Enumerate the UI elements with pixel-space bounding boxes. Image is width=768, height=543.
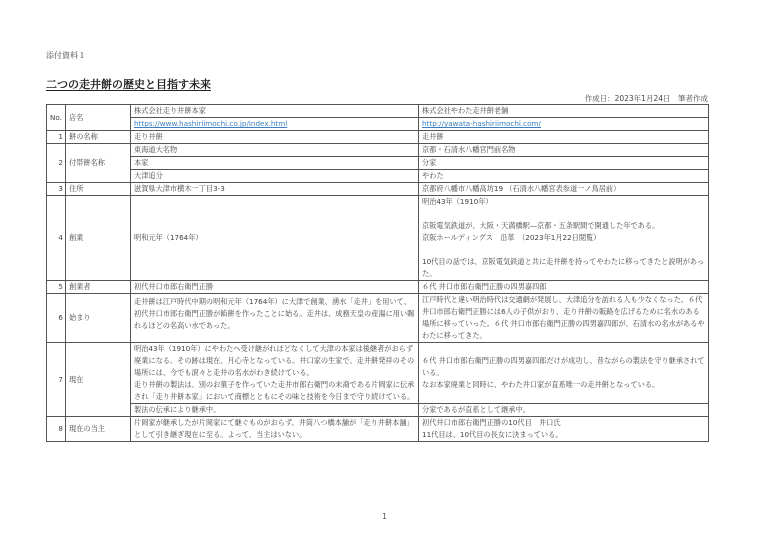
shop-b-cell: ６代 井口市郎右衛門正勝の四男嘉四郎 — [419, 281, 709, 294]
table-row: 2 付帯餅名称 東海道大名物 京都・石清水八幡宮門前名物 — [47, 144, 709, 157]
cell-line: ６代 井口市郎右衛門正勝の四男嘉四郎だけが成功し、昔ながらの製法を守り継承されて… — [422, 355, 705, 379]
row-number: 6 — [47, 294, 66, 343]
shop-b-cell: 走井餅 — [419, 131, 709, 144]
shop-b-name: 株式会社やわた走井餅老舗 — [419, 105, 709, 118]
page-number: 1 — [382, 512, 387, 521]
cell-line: 10代目の話では、京阪電気鉄道と共に走井餅を持ってやわたに移ってきたと説明があっ… — [422, 256, 705, 280]
row-label: 始まり — [66, 294, 131, 343]
cell-line: 初代井口市郎右衛門正勝の10代目 井口氏 — [422, 417, 705, 429]
cell-line: 11代目は、10代目の長女に決まっている。 — [422, 429, 705, 441]
row-number: 7 — [47, 343, 66, 417]
comparison-table: No. 店名 株式会社走り井餅本家 株式会社やわた走井餅老舗 https://w… — [46, 104, 709, 442]
shop-a-cell: 製法の伝承により継承中。 — [131, 404, 419, 417]
cell-line: 明治43年（1910年） — [422, 196, 705, 208]
shop-a-url-link[interactable]: https://www.hashiriimochi.co.jp/index.ht… — [134, 119, 287, 128]
row-number: 8 — [47, 417, 66, 442]
shop-b-cell: 明治43年（1910年） 京阪電気鉄道が、大阪・天満橋駅―京都・五条駅間で開通し… — [419, 196, 709, 281]
shop-a-cell: 本家 — [131, 157, 419, 170]
header-no: No. — [47, 105, 66, 131]
row-label: 住所 — [66, 183, 131, 196]
shop-b-cell: 初代井口市郎右衛門正勝の10代目 井口氏 11代目は、10代目の長女に決まってい… — [419, 417, 709, 442]
row-number: 1 — [47, 131, 66, 144]
cell-line: 走り井餅の製法は、別のお菓子を作っていた走井市郎右衛門の末裔である片岡家に伝承さ… — [134, 379, 415, 403]
shop-a-cell: 明治43年（1910年）にやわたへ受け継がれほどなくして大津の本家は後継者がおら… — [131, 343, 419, 404]
attachment-label: 添付資料１ — [46, 50, 86, 61]
table-row: 1 餅の名称 走り井餅 走井餅 — [47, 131, 709, 144]
cell-line: 京阪電気鉄道が、大阪・天満橋駅―京都・五条駅間で開通した年である。 — [422, 220, 705, 232]
cell-line: 明治43年（1910年）にやわたへ受け継がれほどなくして大津の本家は後継者がおら… — [134, 343, 415, 379]
table-row: 3 住所 滋賀県大津市横木一丁目3-3 京都府八幡市八幡高坊19 （石清水八幡宮… — [47, 183, 709, 196]
row-number: 3 — [47, 183, 66, 196]
shop-b-cell: やわた — [419, 170, 709, 183]
shop-b-url-link[interactable]: http://yawata-hashiriimochi.com/ — [422, 119, 541, 128]
table-row: 7 現在 明治43年（1910年）にやわたへ受け継がれほどなくして大津の本家は後… — [47, 343, 709, 404]
shop-a-cell: 走り井餅 — [131, 131, 419, 144]
cell-line: 京阪ホールディングス 沿革 （2023年1月22日閲覧） — [422, 232, 705, 244]
row-number: 4 — [47, 196, 66, 281]
table-row: 5 創業者 初代井口市郎右衛門正勝 ６代 井口市郎右衛門正勝の四男嘉四郎 — [47, 281, 709, 294]
header-label: 店名 — [66, 105, 131, 131]
shop-a-cell: 片岡家が継承したが片岡家にて継ぐものがおらず、井筒八つ橋本舗が「走り井餅本舗」と… — [131, 417, 419, 442]
created-date: 作成日：2023年1月24日 筆者作成 — [585, 93, 708, 104]
shop-a-cell: 東海道大名物 — [131, 144, 419, 157]
row-label: 創業 — [66, 196, 131, 281]
shop-b-cell: 京都府八幡市八幡高坊19 （石清水八幡宮表参道一ノ鳥居前） — [419, 183, 709, 196]
shop-a-name: 株式会社走り井餅本家 — [131, 105, 419, 118]
shop-b-cell: ６代 井口市郎右衛門正勝の四男嘉四郎だけが成功し、昔ながらの製法を守り継承されて… — [419, 343, 709, 404]
table-row: 6 始まり 走井餅は江戸時代中期の明和元年（1764年）に大津で創業、湧水「走井… — [47, 294, 709, 343]
shop-b-cell: 分家であるが直系として継承中。 — [419, 404, 709, 417]
shop-a-cell: 明和元年（1764年） — [131, 196, 419, 281]
document-title: 二つの走井餅の歴史と目指す未来 — [46, 76, 211, 92]
row-label: 餅の名称 — [66, 131, 131, 144]
shop-a-cell: 初代井口市郎右衛門正勝 — [131, 281, 419, 294]
cell-line: なお本家廃業と同時に、やわた井口家が直系唯一の走井餅となっている。 — [422, 379, 705, 391]
row-label: 現在 — [66, 343, 131, 417]
row-number: 5 — [47, 281, 66, 294]
shop-a-cell: 走井餅は江戸時代中期の明和元年（1764年）に大津で創業、湧水「走井」を用いて、… — [131, 294, 419, 343]
shop-b-cell: 江戸時代と違い明治時代は交通網が発展し、大津追分を訪れる人も少なくなった。６代 … — [419, 294, 709, 343]
row-label: 創業者 — [66, 281, 131, 294]
shop-b-cell: 京都・石清水八幡宮門前名物 — [419, 144, 709, 157]
table-row: 8 現在の当主 片岡家が継承したが片岡家にて継ぐものがおらず、井筒八つ橋本舗が「… — [47, 417, 709, 442]
shop-a-cell: 滋賀県大津市横木一丁目3-3 — [131, 183, 419, 196]
row-number: 2 — [47, 144, 66, 183]
table-row: 4 創業 明和元年（1764年） 明治43年（1910年） 京阪電気鉄道が、大阪… — [47, 196, 709, 281]
row-label: 付帯餅名称 — [66, 144, 131, 183]
row-label: 現在の当主 — [66, 417, 131, 442]
shop-a-cell: 大津追分 — [131, 170, 419, 183]
shop-b-cell: 分家 — [419, 157, 709, 170]
